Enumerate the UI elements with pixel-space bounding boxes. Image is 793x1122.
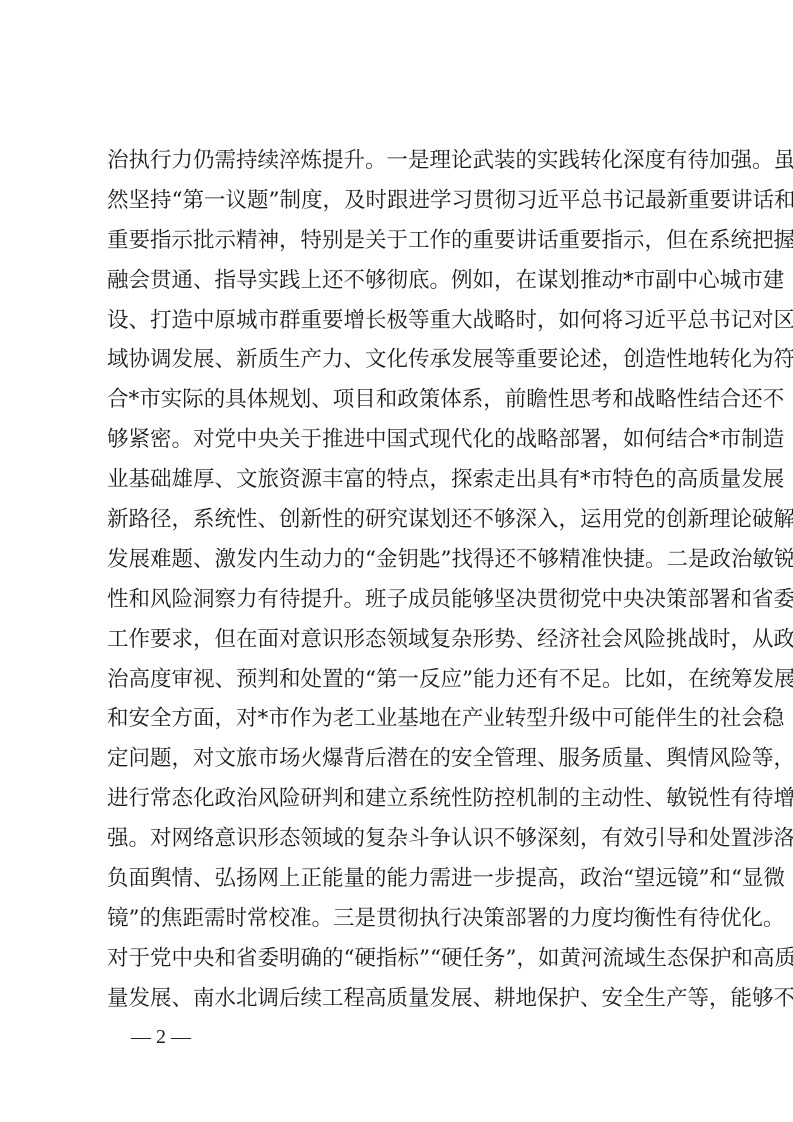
text-line: 重要指示批示精神，特别是关于工作的重要讲话重要指示，但在系统把握、 <box>107 221 695 261</box>
text-line: 合*市实际的具体规划、项目和政策体系，前瞻性思考和战略性结合还不 <box>107 380 695 420</box>
text-line: 工作要求，但在面对意识形态领域复杂形势、经济社会风险挑战时，从政 <box>107 620 695 660</box>
body-paragraph: 治执行力仍需持续淬炼提升。一是理论武装的实践转化深度有待加强。虽 然坚持“第一议… <box>107 141 695 1019</box>
text-line: 治高度审视、预判和处置的“第一反应”能力还有不足。比如，在统筹发展 <box>107 660 695 700</box>
text-line: 新路径，系统性、创新性的研究谋划还不够深入，运用党的创新理论破解 <box>107 500 695 540</box>
text-line: 镜”的焦距需时常校准。三是贯彻执行决策部署的力度均衡性有待优化。 <box>107 899 695 939</box>
text-line: 和安全方面，对*市作为老工业基地在产业转型升级中可能伴生的社会稳 <box>107 699 695 739</box>
text-line: 发展难题、激发内生动力的“金钥匙”找得还不够精准快捷。二是政治敏锐 <box>107 540 695 580</box>
text-line: 融会贯通、指导实践上还不够彻底。例如，在谋划推动*市副中心城市建 <box>107 261 695 301</box>
text-line: 域协调发展、新质生产力、文化传承发展等重要论述，创造性地转化为符 <box>107 340 695 380</box>
text-line: 定问题，对文旅市场火爆背后潜在的安全管理、服务质量、舆情风险等， <box>107 739 695 779</box>
text-line: 强。对网络意识形态领域的复杂斗争认识不够深刻，有效引导和处置涉洛 <box>107 819 695 859</box>
text-line: 够紧密。对党中央关于推进中国式现代化的战略部署，如何结合*市制造 <box>107 420 695 460</box>
text-line: 性和风险洞察力有待提升。班子成员能够坚决贯彻党中央决策部署和省委 <box>107 580 695 620</box>
document-page: 治执行力仍需持续淬炼提升。一是理论武装的实践转化深度有待加强。虽 然坚持“第一议… <box>0 0 793 1122</box>
text-line: 负面舆情、弘扬网上正能量的能力需进一步提高，政治“望远镜”和“显微 <box>107 859 695 899</box>
text-line: 设、打造中原城市群重要增长极等重大战略时，如何将习近平总书记对区 <box>107 301 695 341</box>
page-number: — 2 — <box>131 1024 191 1050</box>
text-line: 对于党中央和省委明确的“硬指标”“硬任务”，如黄河流域生态保护和高质 <box>107 939 695 979</box>
text-line: 量发展、南水北调后续工程高质量发展、耕地保护、安全生产等，能够不 <box>107 979 695 1019</box>
text-line: 业基础雄厚、文旅资源丰富的特点，探索走出具有*市特色的高质量发展 <box>107 460 695 500</box>
text-line: 然坚持“第一议题”制度，及时跟进学习贯彻习近平总书记最新重要讲话和 <box>107 181 695 221</box>
text-line: 进行常态化政治风险研判和建立系统性防控机制的主动性、敏锐性有待增 <box>107 779 695 819</box>
text-line: 治执行力仍需持续淬炼提升。一是理论武装的实践转化深度有待加强。虽 <box>107 141 695 181</box>
